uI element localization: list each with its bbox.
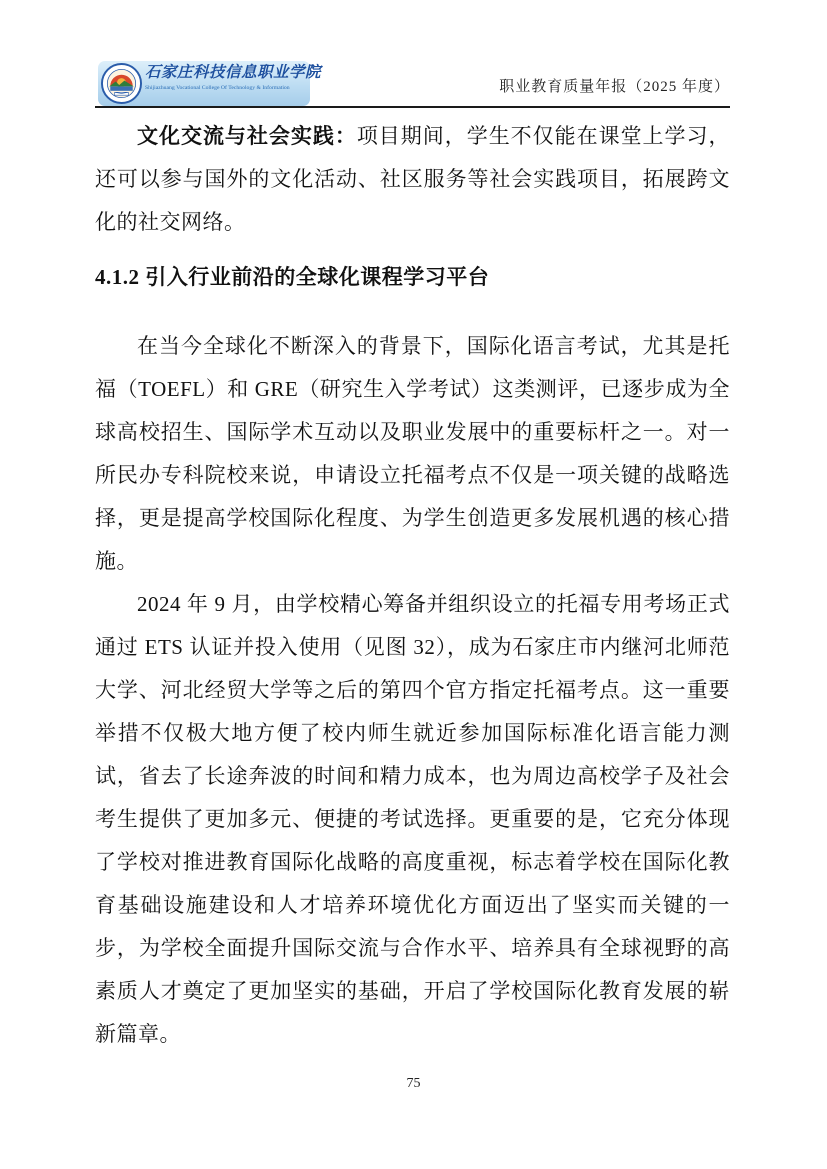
page-footer: 75 — [0, 1074, 827, 1092]
paragraph-toefl-test-site: 2024 年 9 月，由学校精心筹备并组织设立的托福专用考场正式通过 ETS 认… — [95, 583, 730, 1056]
section-heading: 4.1.2 引入行业前沿的全球化课程学习平台 — [95, 256, 730, 299]
college-logo: 石家庄科技信息职业学院 Shijiazhuang Vocational Coll… — [98, 61, 310, 106]
college-name-zh: 石家庄科技信息职业学院 — [145, 65, 307, 81]
document-body: 文化交流与社会实践：项目期间，学生不仅能在课堂上学习，还可以参与国外的文化活动、… — [95, 108, 730, 1056]
report-title: 职业教育质量年报（2025 年度） — [499, 75, 730, 96]
college-seal-icon — [101, 63, 142, 104]
college-name-en: Shijiazhuang Vocational College Of Techn… — [145, 85, 299, 91]
document-page: 石家庄科技信息职业学院 Shijiazhuang Vocational Coll… — [0, 0, 827, 1169]
page-number: 75 — [407, 1076, 421, 1091]
page-header: 石家庄科技信息职业学院 Shijiazhuang Vocational Coll… — [95, 0, 730, 108]
paragraph-lead-bold: 文化交流与社会实践： — [137, 124, 357, 148]
paragraph-globalization-background: 在当今全球化不断深入的背景下，国际化语言考试，尤其是托福（TOEFL）和 GRE… — [95, 325, 730, 583]
logo-text-block: 石家庄科技信息职业学院 Shijiazhuang Vocational Coll… — [145, 65, 307, 91]
paragraph-culture-exchange: 文化交流与社会实践：项目期间，学生不仅能在课堂上学习，还可以参与国外的文化活动、… — [95, 108, 730, 244]
